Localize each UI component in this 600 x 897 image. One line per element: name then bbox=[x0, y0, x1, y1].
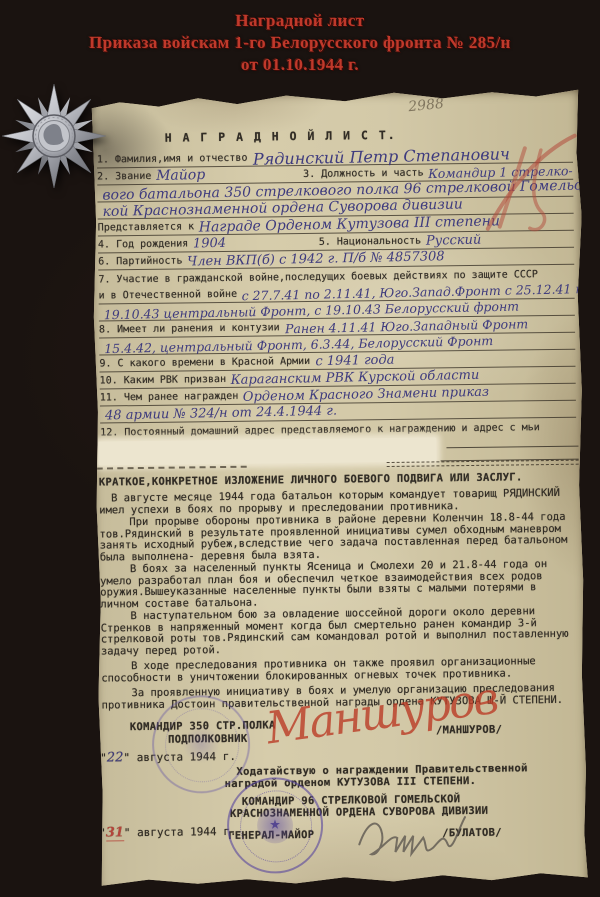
field-label: и в Отечественной войне bbox=[99, 289, 238, 304]
summary-body: В августе месяце 1944 года батальон кото… bbox=[99, 488, 580, 713]
stamp-emblem bbox=[182, 725, 220, 763]
field-label: 3. Должность и часть bbox=[303, 168, 424, 182]
sig2-date: "31" августа 1944 г. bbox=[99, 824, 236, 841]
summary-paragraph: В боях за населенный пункты Ясеница и См… bbox=[100, 559, 579, 611]
field-value: Рядинский Петр Степанович bbox=[247, 147, 509, 166]
field-value: Майор bbox=[151, 169, 205, 184]
order-of-kutuzov-medal-icon bbox=[2, 78, 108, 200]
blank-rule bbox=[446, 446, 578, 449]
summary-heading: КРАТКОЕ,КОНКРЕТНОЕ ИЗЛОЖЕНИЕ ЛИЧНОГО БОЕ… bbox=[99, 471, 523, 488]
sig2-date-rest: " августа 1944 г. bbox=[124, 825, 237, 839]
sig1-date-day: 22 bbox=[107, 750, 124, 765]
award-header: Наградной лист Приказа войскам 1-го Бело… bbox=[0, 10, 600, 76]
page-background: Наградной лист Приказа войскам 1-го Бело… bbox=[0, 0, 600, 897]
field-label: 11. Чем ранее награжден bbox=[100, 391, 239, 406]
red-pencil-mark-icon bbox=[478, 108, 581, 319]
field-value: Русский bbox=[421, 234, 482, 249]
document-paper: 2988 Н А Г Р А Д Н О Й Л И С Т. 1. Фамил… bbox=[90, 90, 590, 887]
field-label: 4. Год рождения bbox=[98, 238, 188, 252]
field-label: 12. Постоянный домашний адрес представля… bbox=[100, 422, 540, 440]
quote-mark: " bbox=[99, 826, 106, 839]
pencil-archive-number: 2988 bbox=[408, 96, 445, 115]
field-label: 1. Фамилия,имя и отчество bbox=[97, 153, 248, 168]
header-line-3: от 01.10.1944 г. bbox=[0, 54, 600, 76]
field-label: Представляется к bbox=[98, 221, 194, 235]
field-value: 1904 bbox=[188, 237, 226, 252]
field-value: с 1941 года bbox=[310, 354, 394, 370]
document-title: Н А Г Р А Д Н О Й Л И С Т. bbox=[165, 128, 397, 145]
header-line-2: Приказа войскам 1-го Белорусского фронта… bbox=[0, 32, 600, 54]
field-label: 8. Имеет ли ранения и контузии bbox=[99, 322, 280, 337]
field-label: 9. С какого времени в Красной Армии bbox=[99, 356, 310, 372]
division-stamp-icon bbox=[227, 777, 324, 874]
summary-paragraph: В ходе преследования противника он также… bbox=[101, 656, 579, 685]
summary-paragraph: При прорыве обороны противника в районе … bbox=[99, 512, 578, 564]
summary-paragraph: В наступательном бою за овладение шоссей… bbox=[100, 606, 579, 658]
field-label: 5. Национальность bbox=[319, 236, 422, 250]
sig2-date-day: 31 bbox=[106, 825, 124, 841]
field-label: 10. Каким РВК призван bbox=[100, 374, 227, 389]
separator-dashed bbox=[97, 466, 247, 470]
field-label: 6. Партийность bbox=[98, 256, 182, 270]
separator-double-dashed bbox=[387, 460, 579, 467]
header-line-1: Наградной лист bbox=[0, 10, 600, 32]
bulatov-signature-icon bbox=[347, 803, 488, 875]
